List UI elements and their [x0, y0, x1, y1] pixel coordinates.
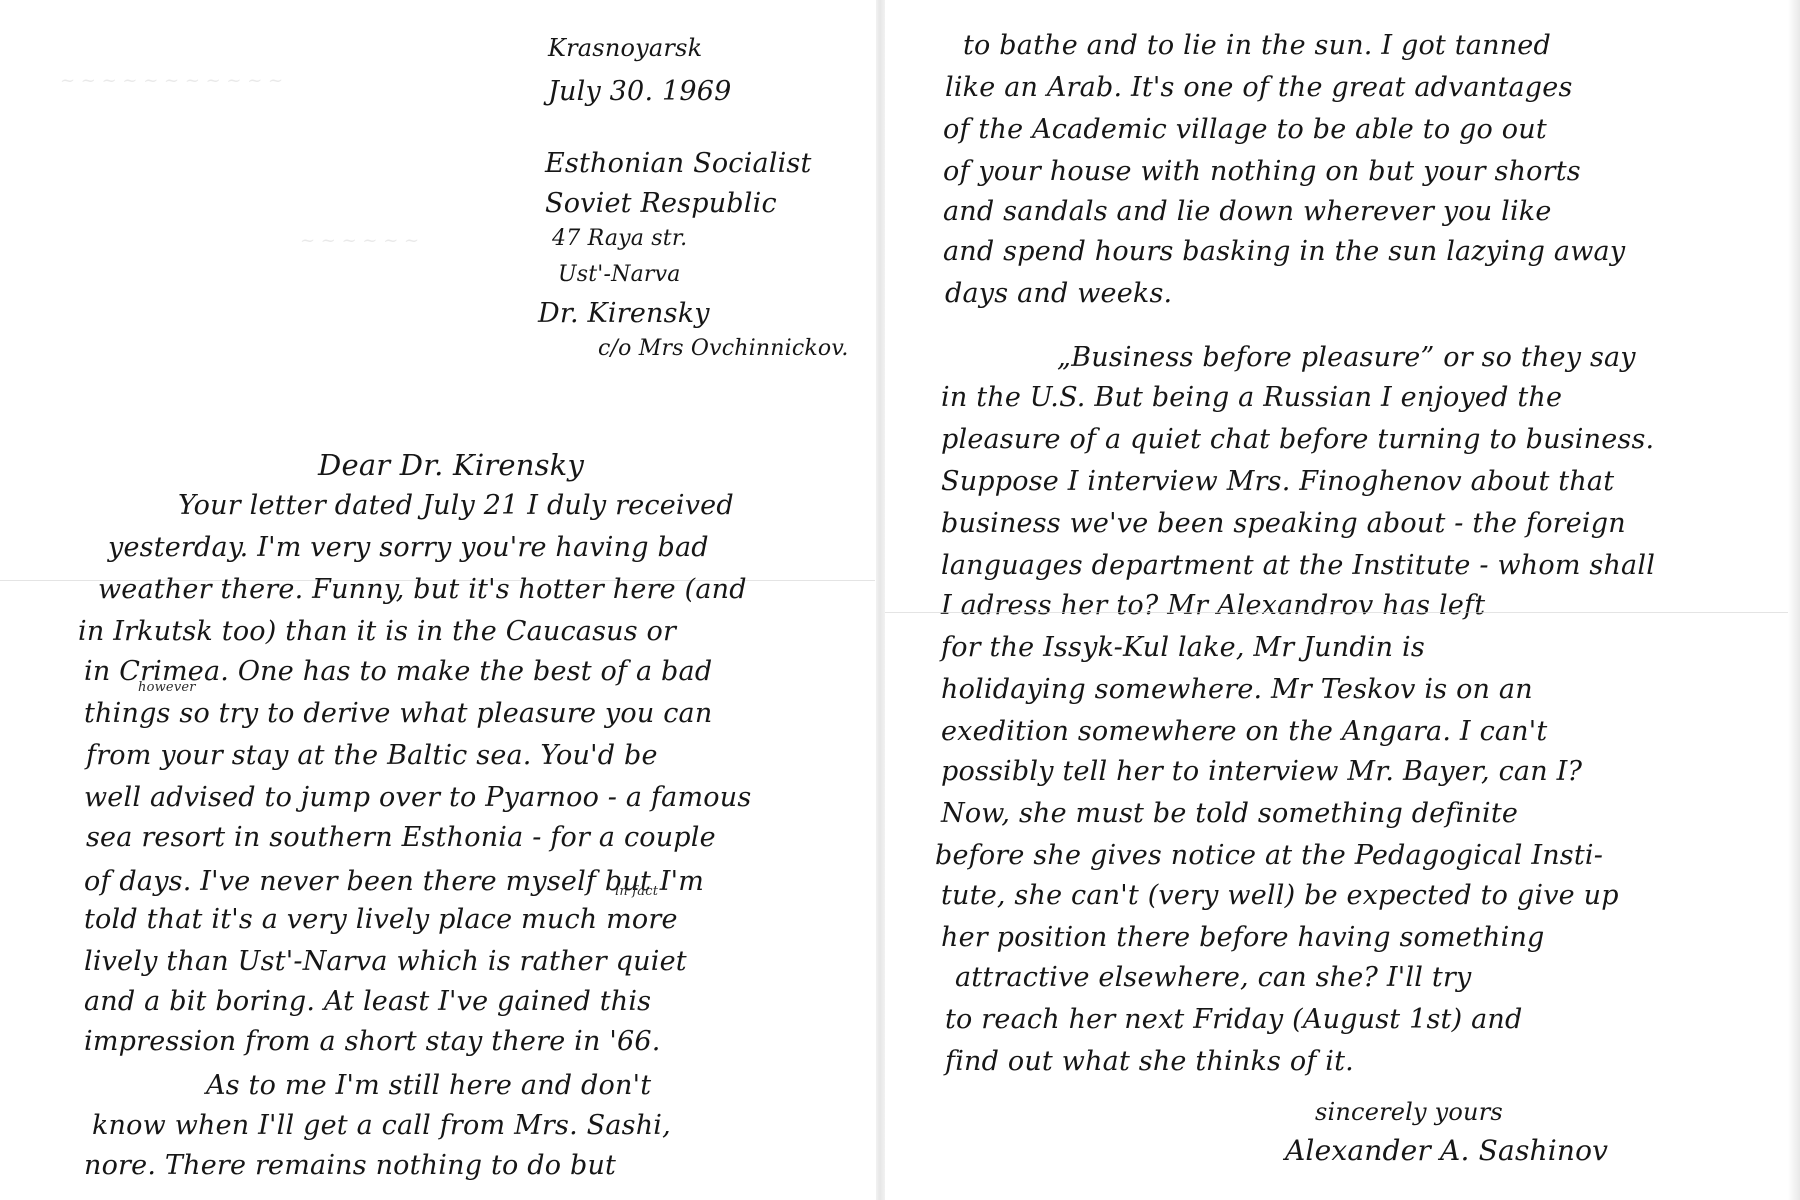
scan-edge-shadow [1788, 0, 1800, 1200]
address-line: Esthonian Socialist [545, 148, 812, 179]
address-line: Ust'-Narva [558, 262, 681, 287]
letter-line: lively than Ust'-Narva which is rather q… [84, 946, 687, 977]
letter-line: „Business before pleasure” or so they sa… [1057, 342, 1636, 373]
letter-date: July 30. 1969 [548, 76, 732, 107]
letter-line: and sandals and lie down wherever you li… [943, 196, 1552, 227]
insertion-in-fact: in fact [615, 884, 658, 899]
address-line: Dr. Kirensky [538, 298, 710, 329]
letter-line: of days. I've never been there myself bu… [84, 866, 704, 897]
letter-line: well advised to jump over to Pyarnoo - a… [84, 782, 751, 813]
letter-line: tute, she can't (very well) be expected … [941, 880, 1619, 911]
paper-fold-line [885, 612, 1788, 613]
letter-line: exedition somewhere on the Angara. I can… [941, 716, 1547, 747]
letter-line: and spend hours basking in the sun lazyi… [943, 236, 1625, 267]
letter-line: languages department at the Institute - … [941, 550, 1655, 581]
letter-line: business we've been speaking about - the… [941, 508, 1626, 539]
letter-line: As to me I'm still here and don't [206, 1070, 651, 1101]
letter-page-right: to bathe and to lie in the sun. I got ta… [885, 0, 1800, 1200]
letter-line: Now, she must be told something definite [941, 798, 1518, 829]
letter-line: attractive elsewhere, can she? I'll try [955, 962, 1471, 993]
letter-line: find out what she thinks of it. [945, 1046, 1354, 1077]
letter-line: from your stay at the Baltic sea. You'd … [86, 740, 658, 771]
address-line: Soviet Respublic [545, 188, 777, 219]
letter-line: Your letter dated July 21 I duly receive… [178, 490, 734, 521]
letter-line: her position there before having somethi… [941, 922, 1545, 953]
letter-place: Krasnoyarsk [548, 34, 702, 62]
insertion-however: however [138, 680, 196, 695]
letter-line: like an Arab. It's one of the great adva… [945, 72, 1573, 103]
letter-line: in the U.S. But being a Russian I enjoye… [941, 382, 1562, 413]
address-line: 47 Raya str. [552, 226, 687, 251]
letter-line: yesterday. I'm very sorry you're having … [108, 532, 709, 563]
letter-page-left: ~ ~ ~ ~ ~ ~ ~ ~ ~ ~ ~ ~ ~ ~ ~ ~ ~ Krasno… [0, 0, 875, 1200]
letter-line: to reach her next Friday (August 1st) an… [945, 1004, 1523, 1035]
letter-line: weather there. Funny, but it's hotter he… [98, 574, 747, 605]
letter-line: know when I'll get a call from Mrs. Sash… [92, 1110, 671, 1141]
letter-line: and a bit boring. At least I've gained t… [84, 986, 651, 1017]
letter-line: nore. There remains nothing to do but [84, 1150, 616, 1181]
bleed-through-text: ~ ~ ~ ~ ~ ~ ~ ~ ~ ~ ~ [60, 70, 283, 91]
letter-line: for the Issyk-Kul lake, Mr Jundin is [941, 632, 1425, 663]
letter-line: sea resort in southern Esthonia - for a … [86, 822, 716, 853]
letter-line: to bathe and to lie in the sun. I got ta… [963, 30, 1551, 61]
letter-line: in Irkutsk too) than it is in the Caucas… [78, 616, 676, 647]
signature: Alexander A. Sashinov [1285, 1134, 1608, 1167]
letter-line: things so try to derive what pleasure yo… [84, 698, 712, 729]
letter-line: pleasure of a quiet chat before turning … [941, 424, 1654, 455]
letter-line: before she gives notice at the Pedagogic… [935, 840, 1603, 871]
letter-line: told that it's a very lively place much … [84, 904, 678, 935]
letter-line: Suppose I interview Mrs. Finoghenov abou… [941, 466, 1614, 497]
salutation: Dear Dr. Kirensky [318, 448, 584, 482]
letter-line: I adress her to? Mr Alexandrov has left [941, 590, 1485, 621]
bleed-through-text: ~ ~ ~ ~ ~ ~ [300, 230, 419, 251]
letter-line: days and weeks. [945, 278, 1172, 309]
letter-line: impression from a short stay there in '6… [84, 1026, 661, 1057]
letter-line: possibly tell her to interview Mr. Bayer… [941, 756, 1582, 787]
letter-line: of your house with nothing on but your s… [943, 156, 1581, 187]
letter-line: of the Academic village to be able to go… [943, 114, 1547, 145]
valediction: sincerely yours [1315, 1098, 1503, 1126]
letter-line: holidaying somewhere. Mr Teskov is on an [941, 674, 1533, 705]
address-line: c/o Mrs Ovchinnickov. [598, 336, 849, 361]
